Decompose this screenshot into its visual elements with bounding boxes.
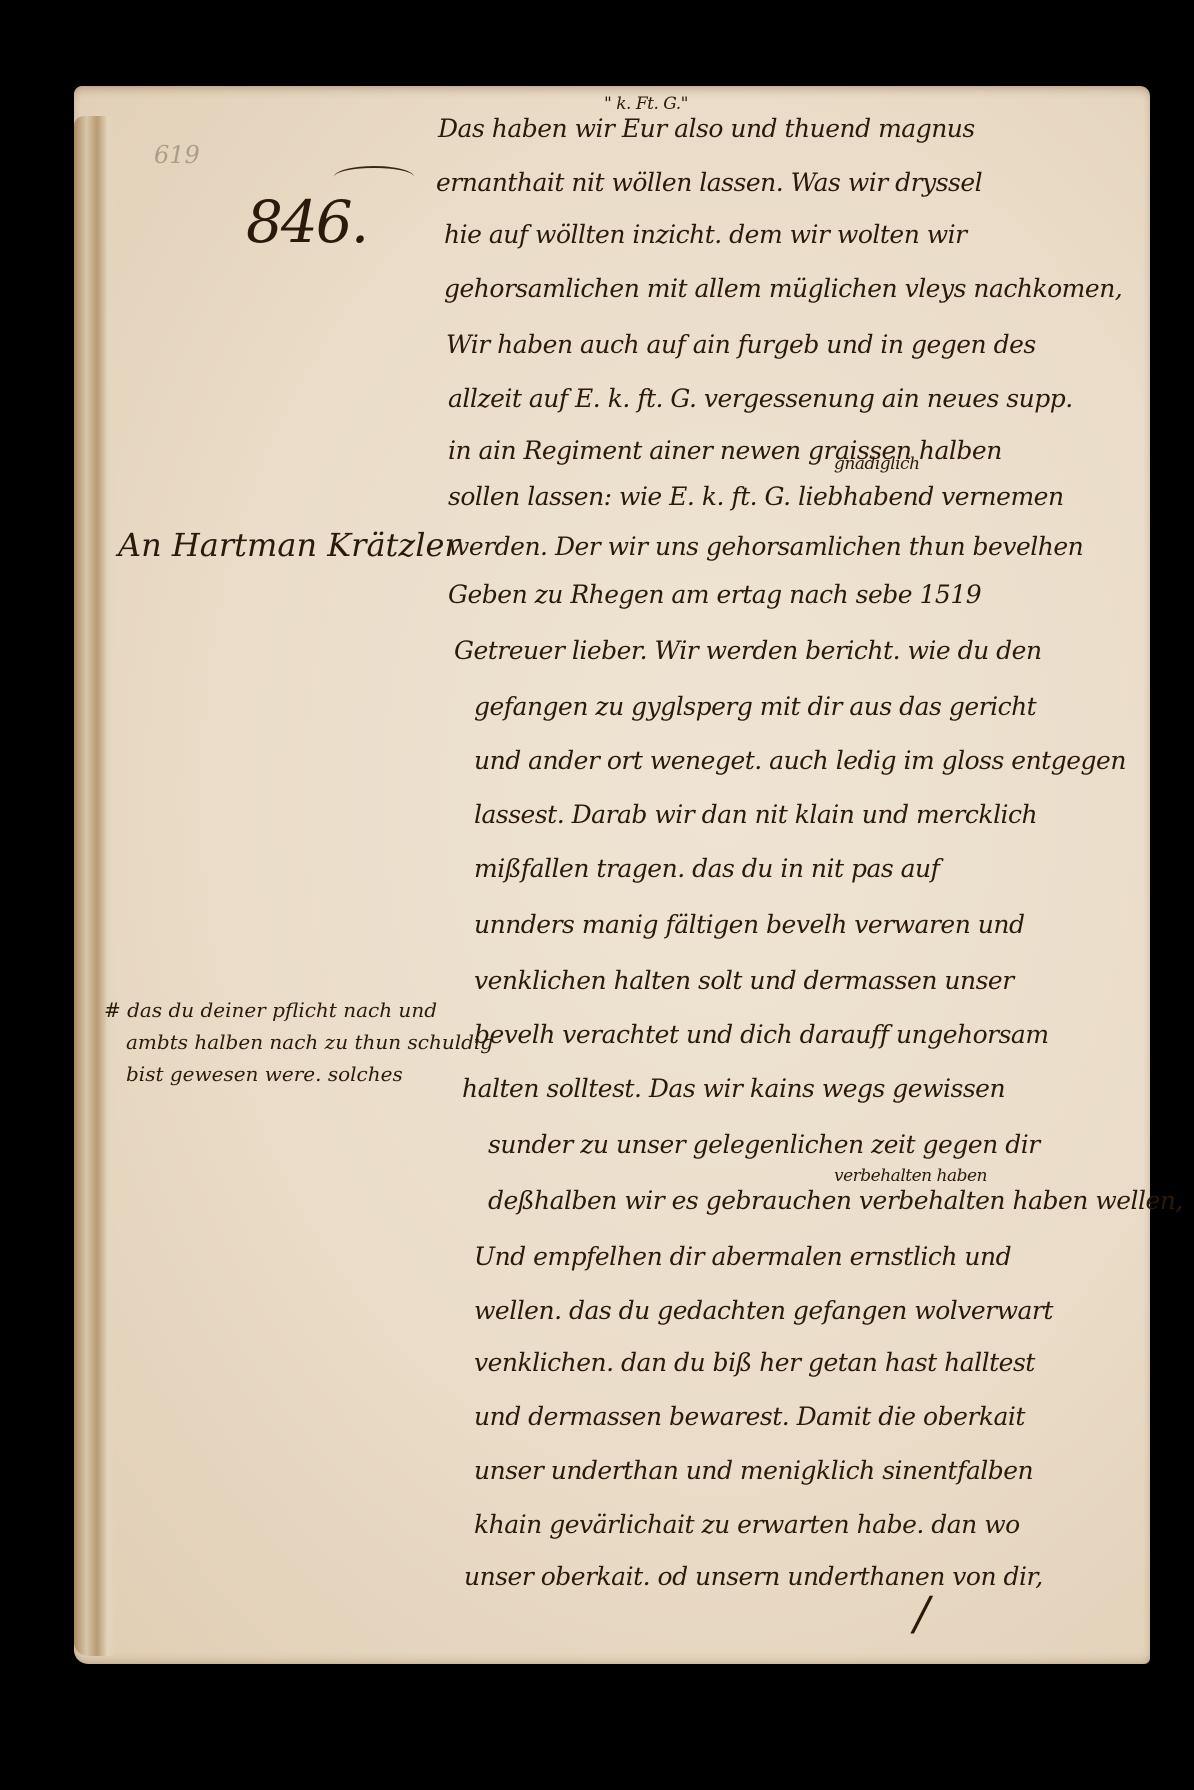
- text-line: venklichen. dan du biß her getan hast ha…: [474, 1348, 1035, 1377]
- text-line: mißfallen tragen. das du in nit pas auf: [474, 854, 939, 883]
- text-line: allzeit auf E. k. ft. G. vergessenung ai…: [448, 384, 1073, 413]
- text-line: Geben zu Rhegen am ertag nach sebe 1519: [448, 580, 981, 609]
- text-line: unser oberkait. od unsern underthanen vo…: [464, 1562, 1043, 1591]
- margin-note-line: # das du deiner pflicht nach und: [104, 998, 437, 1022]
- text-line: ernanthait nit wöllen lassen. Was wir dr…: [436, 168, 982, 197]
- text-line: venklichen halten solt und dermassen uns…: [474, 966, 1014, 995]
- interlinear-abbreviation: " k. Ft. G.": [604, 94, 688, 114]
- text-line: hie auf wöllten inzicht. dem wir wolten …: [444, 220, 967, 249]
- flourish-stroke: [334, 166, 414, 188]
- text-line: khain gevärlichait zu erwarten habe. dan…: [474, 1510, 1020, 1539]
- text-line: werden. Der wir uns gehorsamlichen thun …: [448, 532, 1083, 561]
- text-line: Wir haben auch auf ain furgeb und in geg…: [446, 330, 1036, 359]
- folio-number: 846.: [246, 188, 367, 256]
- text-line: sunder zu unser gelegenlichen zeit gegen…: [488, 1130, 1040, 1159]
- text-line: halten solltest. Das wir kains wegs gewi…: [462, 1074, 1005, 1103]
- page-binding-edge: [74, 116, 116, 1656]
- text-line: gehorsamlichen mit allem müglichen vleys…: [444, 274, 1122, 303]
- text-line: deßhalben wir es gebrauchen verbehalten …: [488, 1186, 1183, 1215]
- manuscript-page: 619 846. " k. Ft. G." Das haben wir Eur …: [74, 86, 1150, 1664]
- text-line: bevelh verachtet und dich darauff ungeho…: [474, 1020, 1049, 1049]
- margin-note-line: bist gewesen were. solches: [126, 1062, 403, 1086]
- text-line: und ander ort weneget. auch ledig im glo…: [474, 746, 1126, 775]
- text-line: Das haben wir Eur also und thuend magnus: [438, 114, 975, 143]
- interlinear-insertion: verbehalten haben: [834, 1166, 987, 1186]
- text-line: Getreuer lieber. Wir werden bericht. wie…: [454, 636, 1042, 665]
- text-line: und dermassen bewarest. Damit die oberka…: [474, 1402, 1025, 1431]
- text-line: unser underthan und menigklich sinentfal…: [474, 1456, 1033, 1485]
- text-line: sollen lassen: wie E. k. ft. G. liebhabe…: [448, 482, 1064, 511]
- margin-note-line: ambts halben nach zu thun schuldig: [126, 1030, 493, 1054]
- text-line: gefangen zu gyglsperg mit dir aus das ge…: [474, 692, 1036, 721]
- pencil-folio-number: 619: [154, 141, 200, 169]
- text-line: lassest. Darab wir dan nit klain und mer…: [474, 800, 1037, 829]
- text-line: unnders manig fältigen bevelh verwaren u…: [474, 910, 1024, 939]
- text-line: wellen. das du gedachten gefangen wolver…: [474, 1296, 1053, 1325]
- page-mark: /: [914, 1586, 930, 1640]
- interlinear-insertion: gnadiglich: [834, 454, 920, 474]
- text-line: Und empfelhen dir abermalen ernstlich un…: [474, 1242, 1011, 1271]
- margin-heading: An Hartman Krätzler: [118, 526, 460, 564]
